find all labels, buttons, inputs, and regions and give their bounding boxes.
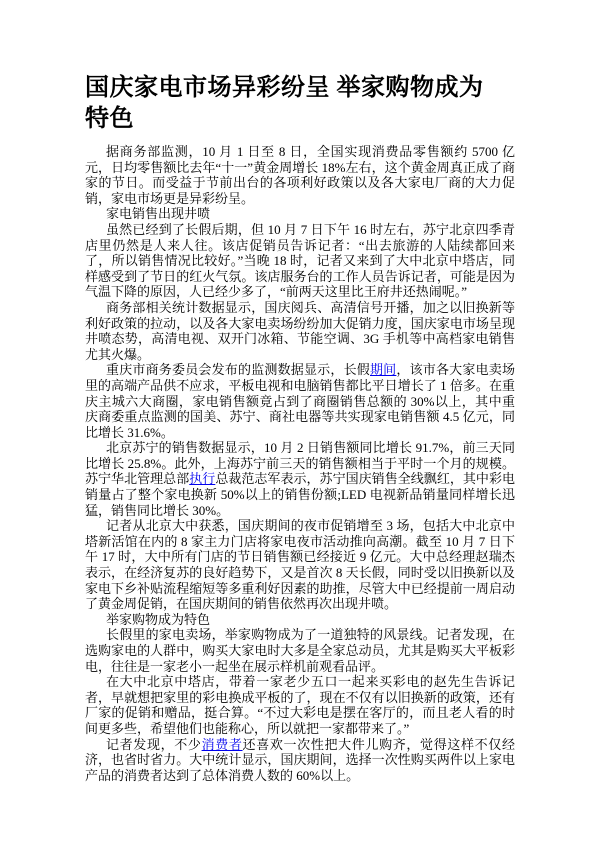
paragraph: 长假里的家电卖场，举家购物成为了一道独特的风景线。记者发现，在选购家电的人群中，… (85, 627, 515, 674)
inline-link-xiaofeizhe[interactable]: 消费者 (202, 737, 243, 752)
paragraph-text: 商务部相关统计数据显示，国庆阅兵、高清信号开播，加之以旧换新等利好政策的拉动，以… (85, 300, 515, 362)
paragraph: 据商务部监测，10 月 1 日至 8 日，全国实现消费品零售额约 5700 亿元… (85, 144, 515, 206)
paragraph-text: 重庆市商务委员会发布的监测数据显示，长假 (106, 362, 370, 377)
paragraph: 重庆市商务委员会发布的监测数据显示，长假期间，该市各大家电卖场里的高端产品供不应… (85, 362, 515, 440)
paragraph: 记者发现，不少消费者还喜欢一次性把大件儿购齐，觉得这样不仅经济，也省时省力。大中… (85, 737, 515, 784)
paragraph-text: 在大中北京中塔店，带着一家老少五口一起来买彩电的赵先生告诉记者，早就想把家里的彩… (85, 674, 515, 736)
subheading: 举家购物成为特色 (85, 612, 515, 628)
paragraph-text: 虽然已经到了长假后期，但 10 月 7 日下午 16 时左右，苏宁北京四季青店里… (85, 222, 515, 299)
inline-link-qijian[interactable]: 期间 (370, 362, 396, 377)
paragraph: 商务部相关统计数据显示，国庆阅兵、高清信号开播，加之以旧换新等利好政策的拉动，以… (85, 300, 515, 362)
inline-link-zhixing[interactable]: 执行 (189, 471, 215, 486)
paragraph-text: 记者从北京大中获悉，国庆期间的夜市促销增至 3 场，包括大中北京中塔新活馆在内的… (85, 518, 515, 611)
paragraph-text: 据商务部监测，10 月 1 日至 8 日，全国实现消费品零售额约 5700 亿元… (85, 144, 515, 206)
paragraph: 虽然已经到了长假后期，但 10 月 7 日下午 16 时左右，苏宁北京四季青店里… (85, 222, 515, 300)
paragraph: 北京苏宁的销售数据显示，10 月 2 日销售额同比增长 91.7%，前三天同比增… (85, 440, 515, 518)
paragraph: 记者从北京大中获悉，国庆期间的夜市促销增至 3 场，包括大中北京中塔新活馆在内的… (85, 518, 515, 612)
subheading-text: 家电销售出现井喷 (106, 206, 210, 221)
article-title: 国庆家电市场异彩纷呈 举家购物成为特色 (85, 73, 501, 135)
document-page: 国庆家电市场异彩纷呈 举家购物成为特色 据商务部监测，10 月 1 日至 8 日… (0, 0, 595, 842)
paragraph-text: 长假里的家电卖场，举家购物成为了一道独特的风景线。记者发现，在选购家电的人群中，… (85, 627, 515, 673)
paragraph: 在大中北京中塔店，带着一家老少五口一起来买彩电的赵先生告诉记者，早就想把家里的彩… (85, 674, 515, 736)
subheading-text: 举家购物成为特色 (106, 612, 210, 627)
paragraph-text: 记者发现，不少 (106, 737, 202, 752)
subheading: 家电销售出现井喷 (85, 206, 515, 222)
